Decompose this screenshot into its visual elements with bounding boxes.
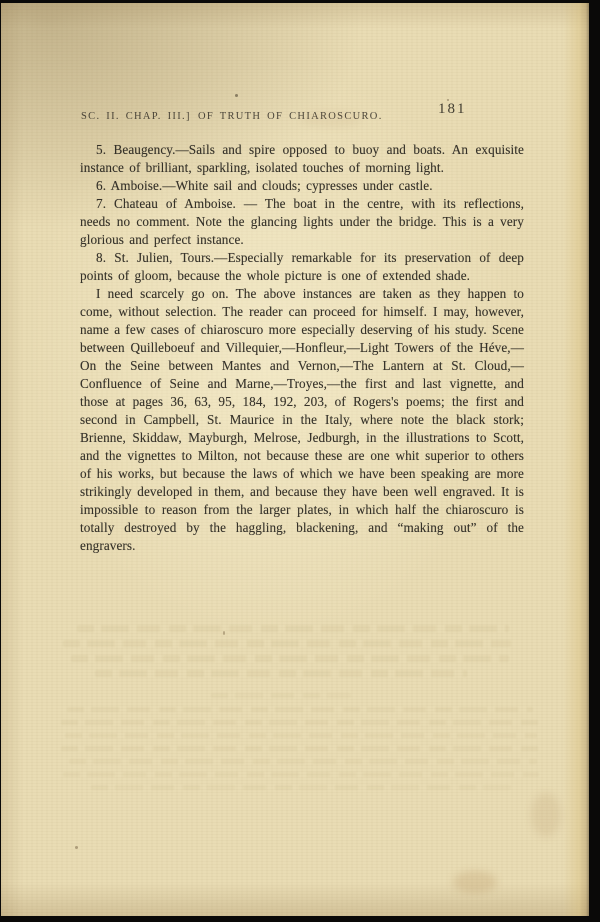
bleedthrough-line: [69, 759, 537, 764]
ink-speck: [75, 846, 78, 849]
bleedthrough-line: [211, 693, 351, 698]
bleedthrough-line: [61, 746, 541, 751]
paper-stain: [301, 111, 361, 127]
paragraph-item-6: 6. Amboise.—White sail and clouds; cypre…: [80, 177, 524, 195]
bleedthrough-line: [91, 785, 511, 790]
ink-speck: [235, 94, 238, 97]
verso-bleedthrough: [61, 621, 543, 811]
section-chapter-label: SC. II. CHAP. III.]: [81, 111, 191, 122]
bleedthrough-line: [63, 640, 511, 647]
bleedthrough-line: [67, 707, 533, 712]
page-number: 181: [438, 101, 467, 118]
ink-speck: [447, 99, 449, 101]
paper-stain: [531, 793, 561, 837]
paragraph-item-5: 5. Beaugency.—Sails and spire opposed to…: [80, 141, 524, 177]
bleedthrough-line: [61, 720, 539, 725]
ink-speck: [223, 631, 225, 635]
bleedthrough-line: [95, 670, 467, 677]
paragraph-closing: I need scarcely go on. The above instanc…: [80, 285, 524, 555]
printed-text-block: SC. II. CHAP. III.] OF TRUTH OF CHIAROSC…: [80, 101, 524, 555]
bleedthrough-line: [71, 655, 509, 662]
paper-sheet: SC. II. CHAP. III.] OF TRUTH OF CHIAROSC…: [1, 3, 589, 916]
bleedthrough-line: [77, 625, 509, 632]
paper-stain: [453, 871, 497, 893]
paragraph-item-7: 7. Chateau of Amboise. — The boat in the…: [80, 195, 524, 249]
paragraph-item-8: 8. St. Julien, Tours.—Especially remarka…: [80, 249, 524, 285]
body-text: 5. Beaugency.—Sails and spire opposed to…: [80, 141, 524, 555]
scanned-book-page: SC. II. CHAP. III.] OF TRUTH OF CHIAROSC…: [0, 0, 600, 922]
bleedthrough-line: [65, 733, 537, 738]
bleedthrough-line: [63, 772, 539, 777]
